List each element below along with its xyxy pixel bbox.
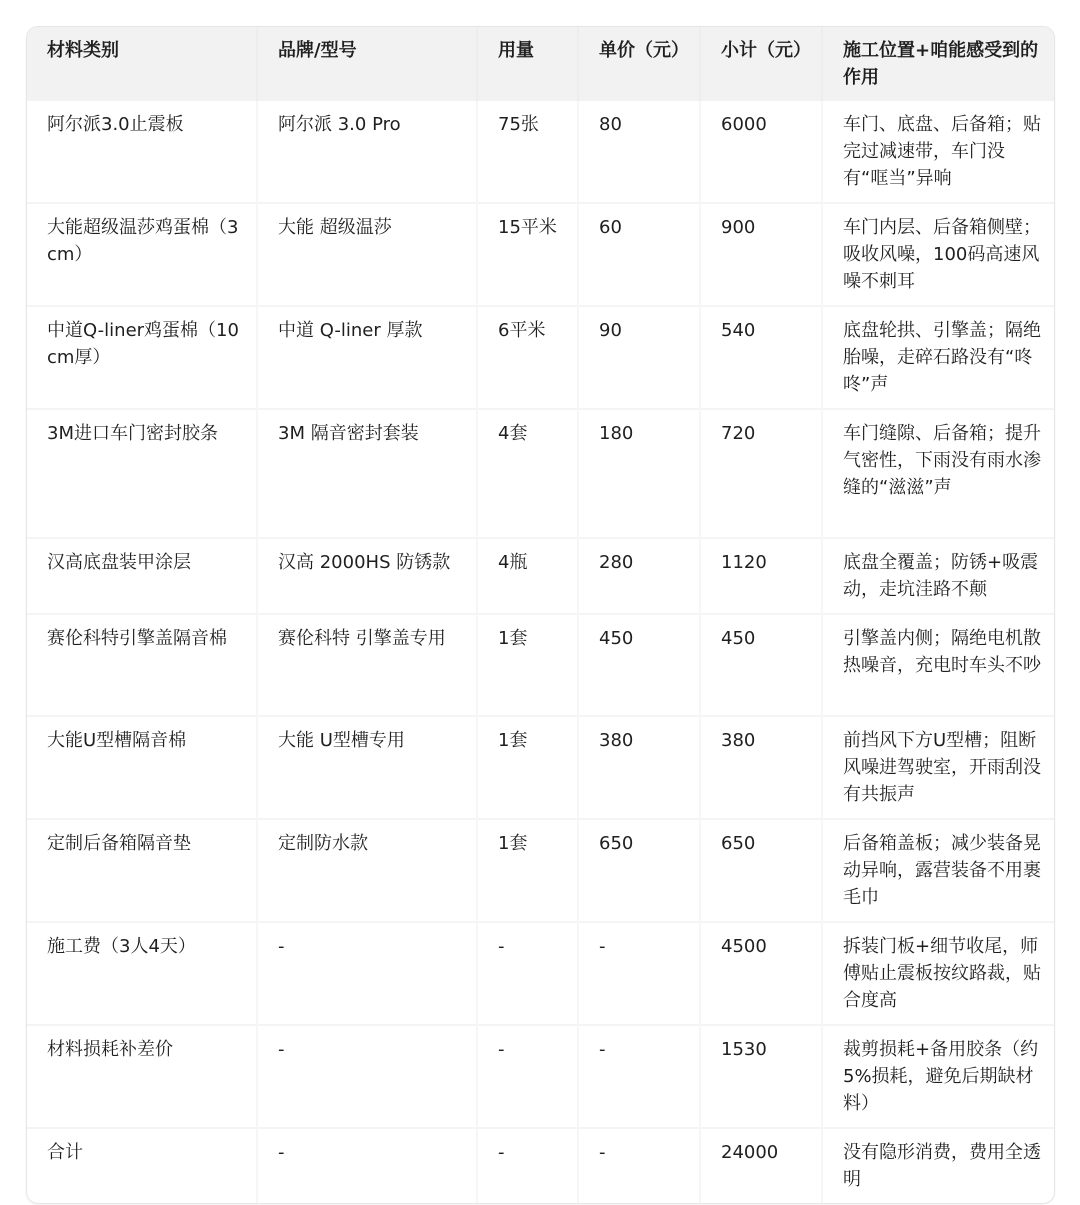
cell-unit-price: - [579, 1026, 701, 1129]
cell-category: 赛伦科特引擎盖隔音棉 [27, 615, 258, 717]
cell-subtotal: 540 [701, 307, 823, 410]
cell-brand: - [258, 1129, 478, 1203]
table-row: 赛伦科特引擎盖隔音棉 赛伦科特 引擎盖专用 1套 450 450 引擎盖内侧；隔… [27, 615, 1054, 717]
cell-category: 施工费（3人4天） [27, 923, 258, 1026]
cell-quantity: - [478, 1026, 579, 1129]
cell-unit-price: 80 [579, 101, 701, 204]
cell-category: 合计 [27, 1129, 258, 1203]
cell-brand: - [258, 1026, 478, 1129]
cell-quantity: 1套 [478, 615, 579, 717]
cell-subtotal: 380 [701, 717, 823, 820]
cell-brand: - [258, 923, 478, 1026]
cell-category: 定制后备箱隔音垫 [27, 820, 258, 923]
table-row: 定制后备箱隔音垫 定制防水款 1套 650 650 后备箱盖板；减少装备晃动异响… [27, 820, 1054, 923]
cell-effect: 后备箱盖板；减少装备晃动异响，露营装备不用裹毛巾 [823, 820, 1054, 923]
cell-quantity: 4套 [478, 410, 579, 539]
cell-quantity: 1套 [478, 717, 579, 820]
cell-unit-price: 280 [579, 539, 701, 615]
cell-unit-price: 180 [579, 410, 701, 539]
cell-brand: 阿尔派 3.0 Pro [258, 101, 478, 204]
cell-category: 材料损耗补差价 [27, 1026, 258, 1129]
cell-category: 阿尔派3.0止震板 [27, 101, 258, 204]
cell-quantity: 15平米 [478, 204, 579, 307]
table-row: 汉高底盘装甲涂层 汉高 2000HS 防锈款 4瓶 280 1120 底盘全覆盖… [27, 539, 1054, 615]
header-effect: 施工位置+咱能感受到的作用 [823, 27, 1054, 101]
cell-unit-price: 380 [579, 717, 701, 820]
cell-brand: 中道 Q-liner 厚款 [258, 307, 478, 410]
cell-brand: 3M 隔音密封套装 [258, 410, 478, 539]
header-quantity: 用量 [478, 27, 579, 101]
cell-unit-price: 60 [579, 204, 701, 307]
table-row-total: 合计 - - - 24000 没有隐形消费，费用全透明 [27, 1129, 1054, 1203]
cell-subtotal: 1530 [701, 1026, 823, 1129]
cell-subtotal: 900 [701, 204, 823, 307]
cell-unit-price: 450 [579, 615, 701, 717]
materials-cost-table: 材料类别 品牌/型号 用量 单价（元） 小计（元） 施工位置+咱能感受到的作用 … [27, 27, 1054, 1203]
cell-subtotal: 650 [701, 820, 823, 923]
cell-effect: 前挡风下方U型槽；阻断风噪进驾驶室，开雨刮没有共振声 [823, 717, 1054, 820]
cell-unit-price: - [579, 923, 701, 1026]
cell-subtotal: 6000 [701, 101, 823, 204]
cell-brand: 大能 U型槽专用 [258, 717, 478, 820]
cell-quantity: 4瓶 [478, 539, 579, 615]
table-row: 大能超级温莎鸡蛋棉（3cm） 大能 超级温莎 15平米 60 900 车门内层、… [27, 204, 1054, 307]
cell-subtotal: 450 [701, 615, 823, 717]
cell-subtotal: 720 [701, 410, 823, 539]
cell-effect: 没有隐形消费，费用全透明 [823, 1129, 1054, 1203]
cell-quantity: - [478, 1129, 579, 1203]
table-row: 中道Q-liner鸡蛋棉（10cm厚） 中道 Q-liner 厚款 6平米 90… [27, 307, 1054, 410]
header-unit-price: 单价（元） [579, 27, 701, 101]
cell-subtotal: 24000 [701, 1129, 823, 1203]
table-row: 3M进口车门密封胶条 3M 隔音密封套装 4套 180 720 车门缝隙、后备箱… [27, 410, 1054, 539]
cell-brand: 赛伦科特 引擎盖专用 [258, 615, 478, 717]
cell-brand: 大能 超级温莎 [258, 204, 478, 307]
cell-effect: 车门、底盘、后备箱；贴完过减速带，车门没有“哐当”异响 [823, 101, 1054, 204]
cell-category: 大能U型槽隔音棉 [27, 717, 258, 820]
table-row: 施工费（3人4天） - - - 4500 拆装门板+细节收尾，师傅贴止震板按纹路… [27, 923, 1054, 1026]
table-row: 材料损耗补差价 - - - 1530 裁剪损耗+备用胶条（约5%损耗，避免后期缺… [27, 1026, 1054, 1129]
cell-unit-price: - [579, 1129, 701, 1203]
cell-quantity: 1套 [478, 820, 579, 923]
cell-category: 3M进口车门密封胶条 [27, 410, 258, 539]
table-row: 大能U型槽隔音棉 大能 U型槽专用 1套 380 380 前挡风下方U型槽；阻断… [27, 717, 1054, 820]
cell-subtotal: 1120 [701, 539, 823, 615]
cell-quantity: 6平米 [478, 307, 579, 410]
table-row: 阿尔派3.0止震板 阿尔派 3.0 Pro 75张 80 6000 车门、底盘、… [27, 101, 1054, 204]
cell-effect: 底盘全覆盖；防锈+吸震动，走坑洼路不颠 [823, 539, 1054, 615]
header-brand: 品牌/型号 [258, 27, 478, 101]
header-subtotal: 小计（元） [701, 27, 823, 101]
table-header-row: 材料类别 品牌/型号 用量 单价（元） 小计（元） 施工位置+咱能感受到的作用 [27, 27, 1054, 101]
cell-brand: 定制防水款 [258, 820, 478, 923]
cell-brand: 汉高 2000HS 防锈款 [258, 539, 478, 615]
cell-subtotal: 4500 [701, 923, 823, 1026]
materials-cost-table-container: 材料类别 品牌/型号 用量 单价（元） 小计（元） 施工位置+咱能感受到的作用 … [26, 26, 1055, 1204]
cell-effect: 底盘轮拱、引擎盖；隔绝胎噪，走碎石路没有“咚咚”声 [823, 307, 1054, 410]
cell-effect: 车门内层、后备箱侧壁；吸收风噪，100码高速风噪不刺耳 [823, 204, 1054, 307]
cell-category: 中道Q-liner鸡蛋棉（10cm厚） [27, 307, 258, 410]
cell-category: 大能超级温莎鸡蛋棉（3cm） [27, 204, 258, 307]
cell-effect: 裁剪损耗+备用胶条（约5%损耗，避免后期缺材料） [823, 1026, 1054, 1129]
cell-unit-price: 90 [579, 307, 701, 410]
header-category: 材料类别 [27, 27, 258, 101]
cell-effect: 引擎盖内侧；隔绝电机散热噪音，充电时车头不吵 [823, 615, 1054, 717]
cell-quantity: 75张 [478, 101, 579, 204]
cell-quantity: - [478, 923, 579, 1026]
cell-unit-price: 650 [579, 820, 701, 923]
cell-category: 汉高底盘装甲涂层 [27, 539, 258, 615]
cell-effect: 车门缝隙、后备箱；提升气密性，下雨没有雨水渗缝的“滋滋”声 [823, 410, 1054, 539]
cell-effect: 拆装门板+细节收尾，师傅贴止震板按纹路裁，贴合度高 [823, 923, 1054, 1026]
